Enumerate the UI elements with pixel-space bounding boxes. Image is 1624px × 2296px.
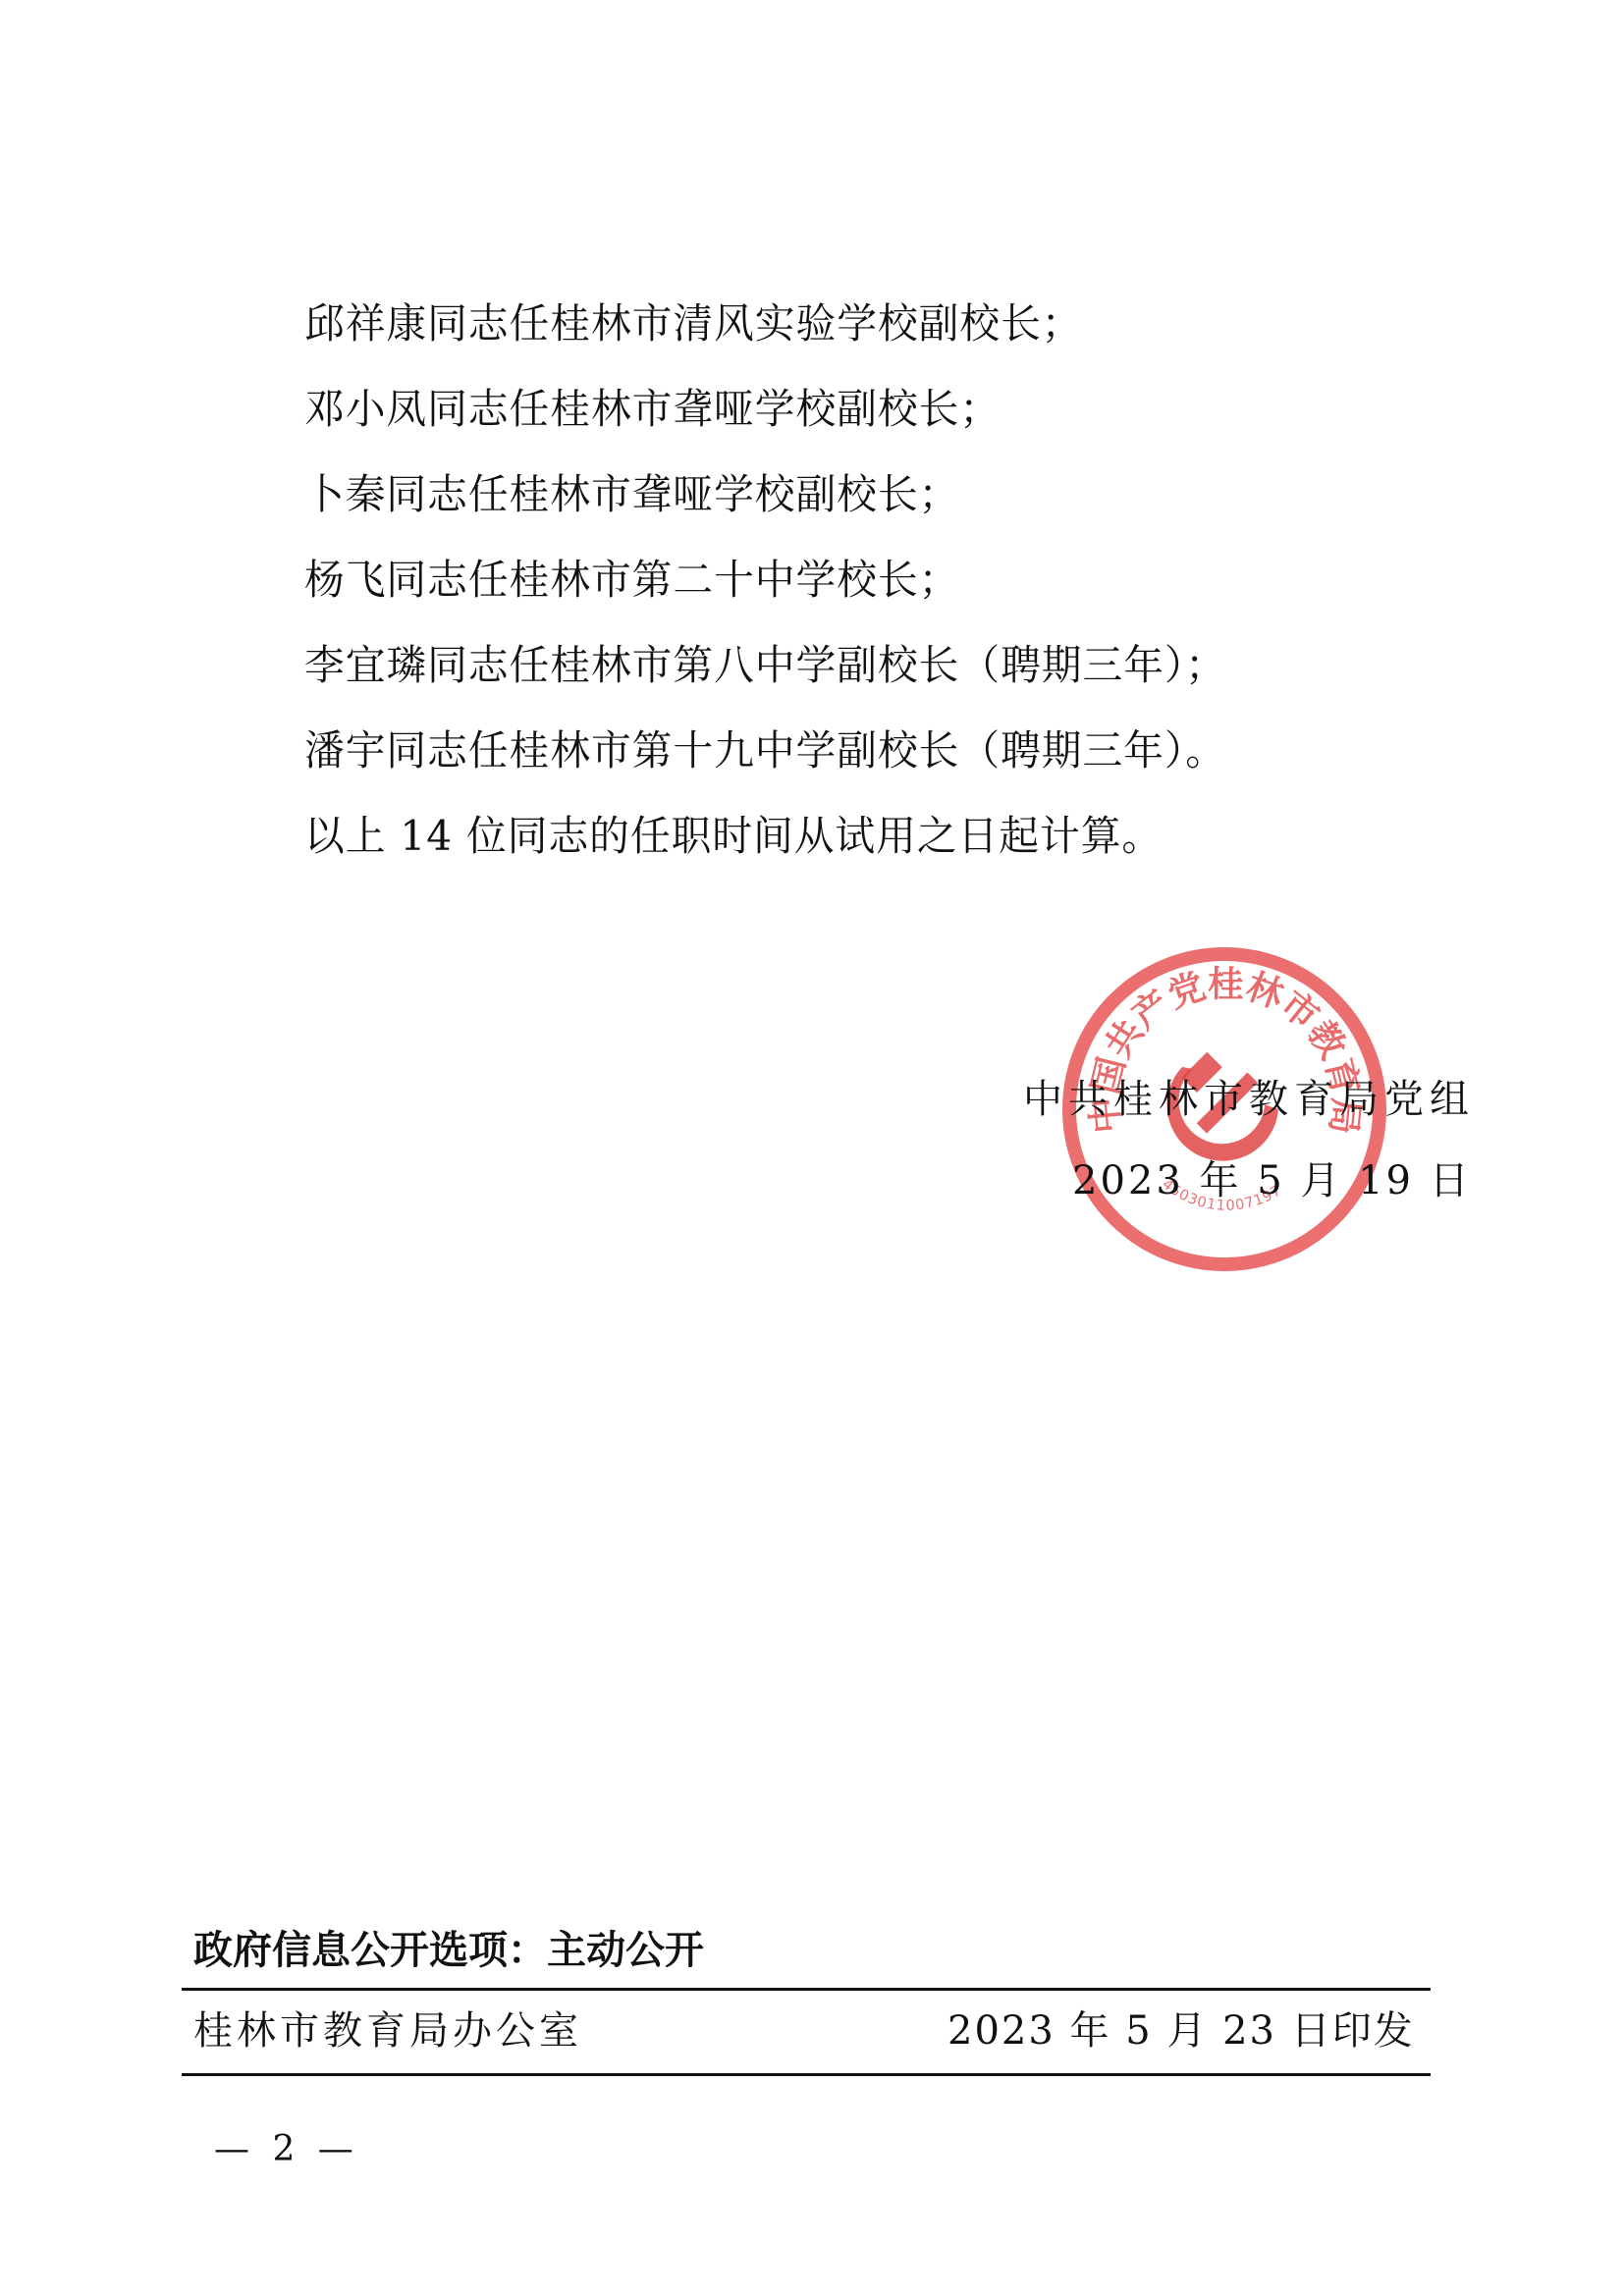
divider-top — [182, 1988, 1431, 1991]
appointment-line: 潘宇同志任桂林市第十九中学副校长（聘期三年）。 — [304, 727, 1226, 774]
appointment-line: 邓小凤同志任桂林市聋哑学校副校长； — [304, 386, 1001, 433]
appointment-line: 杨飞同志任桂林市第二十中学校长； — [304, 557, 959, 604]
issuing-office: 桂林市教育局办公室 — [193, 2008, 582, 2054]
appointment-line: 卜秦同志任桂林市聋哑学校副校长； — [304, 471, 959, 518]
appointment-line: 邱祥康同志任桂林市清风实验学校副校长； — [304, 300, 1083, 347]
summary-line: 以上 14 位同志的任职时间从试用之日起计算。 — [304, 813, 1163, 860]
page-number: — 2 — — [214, 2128, 359, 2171]
issuing-organization: 中共桂林市教育局党组 — [1023, 1077, 1475, 1122]
appointment-line: 李宜璘同志任桂林市第八中学副校长（聘期三年）； — [304, 642, 1226, 689]
disclosure-option: 政府信息公开选项：主动公开 — [193, 1929, 704, 1972]
issue-date: 2023 年 5 月 23 日印发 — [947, 2008, 1415, 2054]
signature-date: 2023 年 5 月 19 日 — [1072, 1158, 1472, 1203]
divider-bottom — [182, 2073, 1431, 2076]
